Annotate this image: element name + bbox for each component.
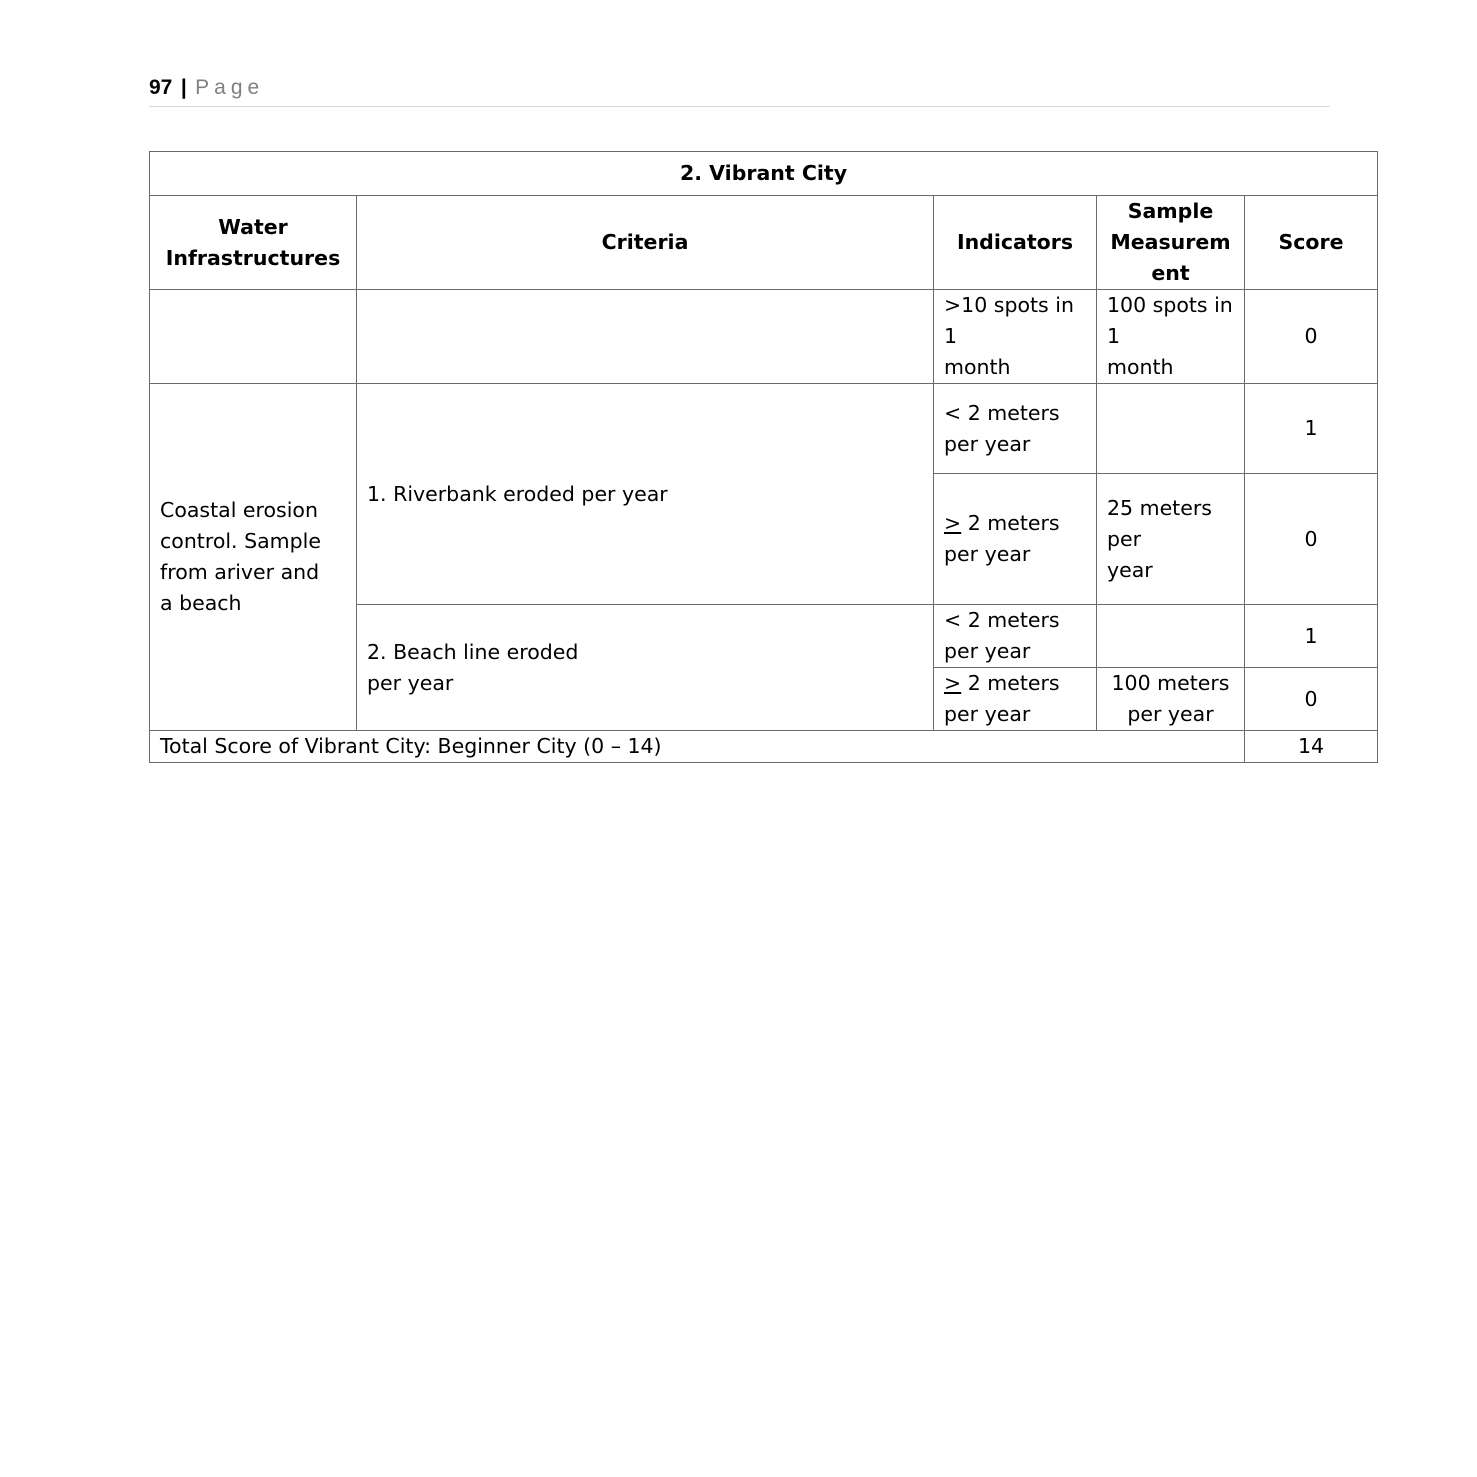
indicator-cell: > 2 meters per year: [934, 668, 1097, 731]
indicator-text: 2 meters per year: [944, 511, 1060, 566]
indicator-symbol: <: [944, 608, 961, 632]
indicator-cell: > 2 meters per year: [934, 474, 1097, 605]
vibrant-city-score-table: 2. Vibrant City Water Infrastructures Cr…: [149, 151, 1378, 763]
column-header-sample-measurement: Sample Measurem ent: [1097, 196, 1245, 290]
sample-cell: [1097, 384, 1245, 474]
page-number: 97: [149, 76, 172, 99]
indicator-cell: < 2 meters per year: [934, 605, 1097, 668]
indicator-symbol: >: [944, 671, 961, 695]
indicator-symbol: <: [944, 401, 961, 425]
indicator-text: 2 meters per year: [944, 671, 1060, 726]
infrastructure-cell: [150, 290, 357, 384]
criteria-cell: 2. Beach line eroded per year: [357, 605, 934, 731]
total-score: 14: [1245, 731, 1378, 763]
page-label: Page: [195, 76, 264, 99]
column-header-water-infrastructures: Water Infrastructures: [150, 196, 357, 290]
sample-cell: 100 spots in 1 month: [1097, 290, 1245, 384]
score-cell: 1: [1245, 605, 1378, 668]
table-row: Coastal erosion control. Sample from ari…: [150, 384, 1378, 474]
sample-cell: [1097, 605, 1245, 668]
page-header: 97 | Page: [149, 76, 1330, 107]
criteria-cell: 1. Riverbank eroded per year: [357, 384, 934, 605]
score-cell: 0: [1245, 668, 1378, 731]
criteria-cell: [357, 290, 934, 384]
total-label: Total Score of Vibrant City: Beginner Ci…: [150, 731, 1245, 763]
score-cell: 0: [1245, 474, 1378, 605]
sample-cell: 25 meters per year: [1097, 474, 1245, 605]
indicator-symbol: >: [944, 511, 961, 535]
indicator-text: 2 meters per year: [944, 401, 1060, 456]
page-separator: |: [181, 76, 187, 99]
table-title: 2. Vibrant City: [150, 152, 1378, 196]
total-row: Total Score of Vibrant City: Beginner Ci…: [150, 731, 1378, 763]
column-header-criteria: Criteria: [357, 196, 934, 290]
column-header-score: Score: [1245, 196, 1378, 290]
score-cell: 1: [1245, 384, 1378, 474]
indicator-cell: < 2 meters per year: [934, 384, 1097, 474]
column-header-indicators: Indicators: [934, 196, 1097, 290]
indicator-text: 2 meters per year: [944, 608, 1060, 663]
infrastructure-cell: Coastal erosion control. Sample from ari…: [150, 384, 357, 731]
table-row: >10 spots in 1 month 100 spots in 1 mont…: [150, 290, 1378, 384]
score-cell: 0: [1245, 290, 1378, 384]
indicator-cell: >10 spots in 1 month: [934, 290, 1097, 384]
sample-cell: 100 meters per year: [1097, 668, 1245, 731]
